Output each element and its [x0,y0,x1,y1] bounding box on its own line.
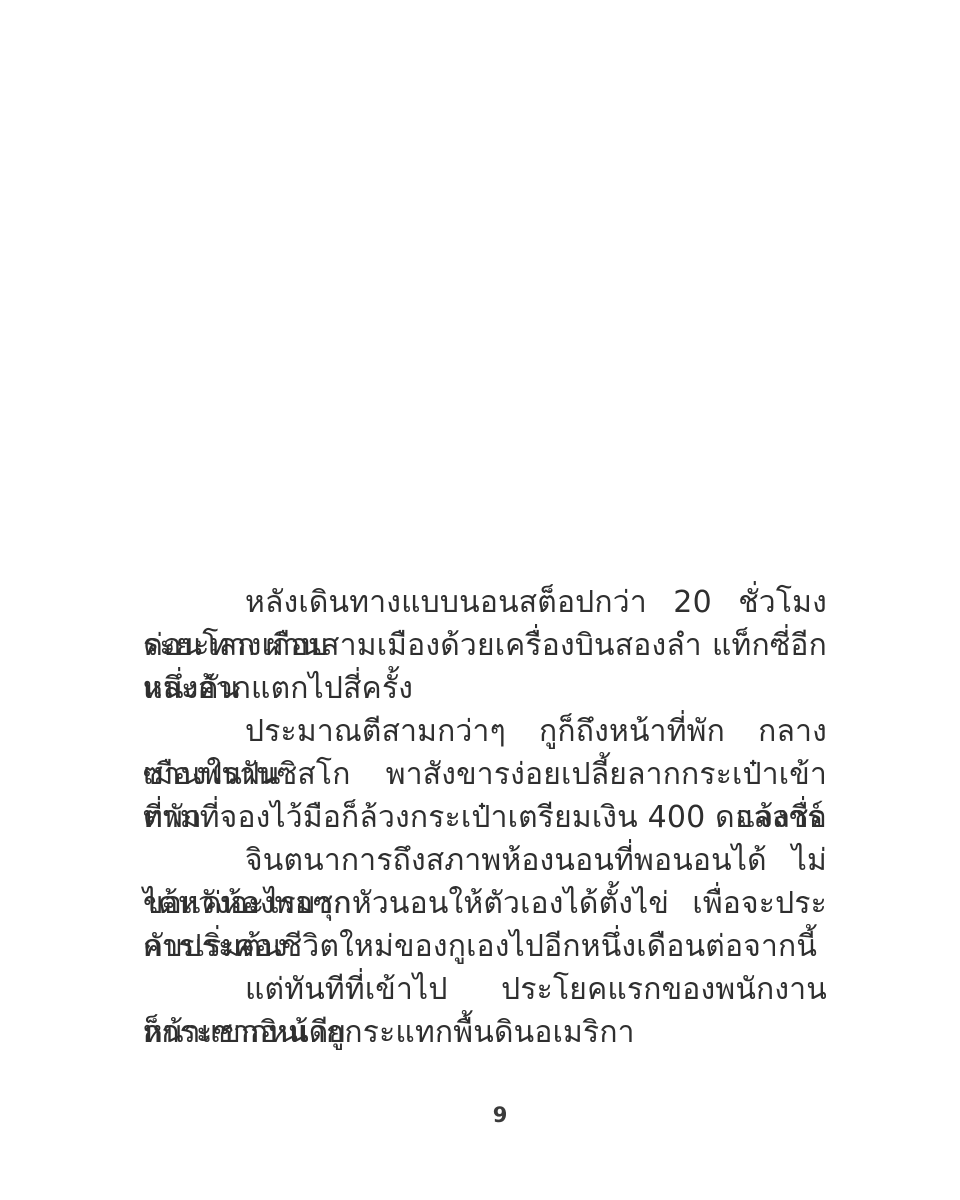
text-line: ซานฟรานซิสโก พาสังขารง่อยเปลี้ยลากกระเป๋… [143,753,827,796]
text-line: แต่ทันทีที่เข้าไป ประโยคแรกของพนักงานหน้… [143,968,827,1011]
text-line: จินตนาการถึงสภาพห้องนอนที่พอนอนได้ ไม่ได… [143,839,827,882]
text-line: และอ้วกแตกไปสี่ครั้ง [143,667,827,710]
text-line: การเริ่มต้นชีวิตใหม่ของกูเองไปอีกหนึ่งเด… [143,925,827,968]
text-line: ตามที่จองไว้มือก็ล้วงกระเป๋าเตรียมเงิน 4… [143,796,827,839]
text-line: ประมาณตีสามกว่าๆ กูก็ถึงหน้าที่พัก กลางเ… [143,710,827,753]
text-line: ก็กระชากหน้ากูกระแทกพื้นดินอเมริกา [143,1011,827,1054]
body-text: หลังเดินทางแบบนอนสต็อปกว่า 20 ชั่วโมง ระ… [143,581,827,1054]
text-line: ค่อนโลก ผ่านสามเมืองด้วยเครื่องบินสองลำ … [143,624,827,667]
text-line: หลังเดินทางแบบนอนสต็อปกว่า 20 ชั่วโมง ระ… [143,581,827,624]
text-line: ขอแค่ห้องพอซุกหัวนอนให้ตัวเองได้ตั้งไข่ … [143,882,827,925]
book-page: หลังเดินทางแบบนอนสต็อปกว่า 20 ชั่วโมง ระ… [0,0,960,1200]
page-number: 9 [440,1103,560,1127]
